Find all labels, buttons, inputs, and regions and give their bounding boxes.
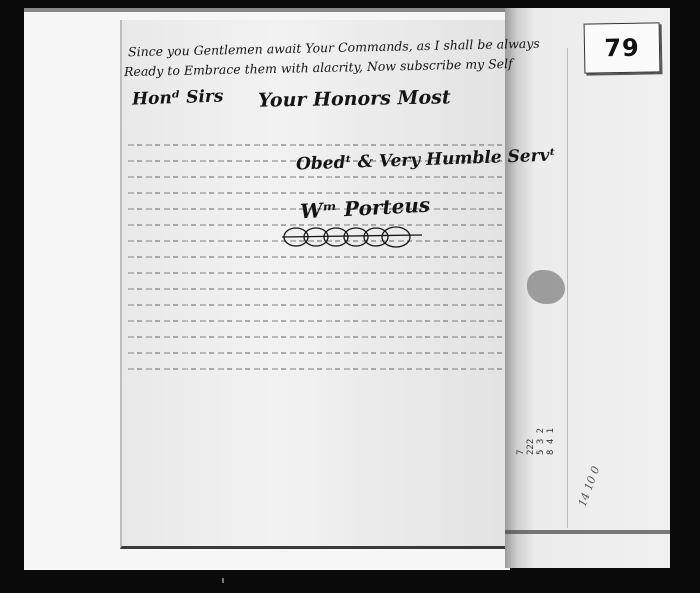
- ink-stain: [527, 270, 565, 304]
- closing-line-1: Your Honors Most: [258, 86, 451, 111]
- salutation: Honᵈ Sirs: [132, 86, 224, 109]
- margin-figures: 7 222 5 3 2 8 4 1: [516, 428, 556, 455]
- strip-edge-line: [567, 48, 568, 528]
- fold-line: [505, 530, 670, 534]
- page-number: 79: [604, 34, 640, 63]
- bleed-through-text: [128, 130, 506, 540]
- signature-flourish-icon: [282, 224, 422, 250]
- page-number-tag: 79: [584, 22, 661, 73]
- scan-mark: [222, 578, 224, 583]
- page-top-edge: [24, 8, 510, 12]
